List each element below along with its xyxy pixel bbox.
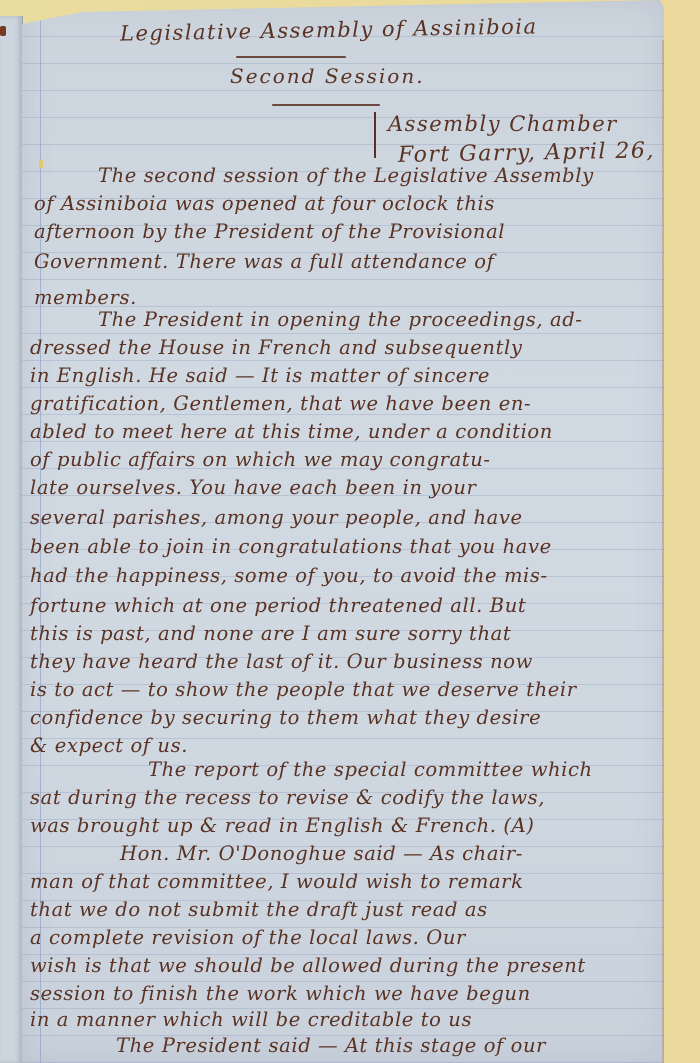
manuscript-line: wish is that we should be allowed during… [30, 954, 586, 977]
session-heading: Second Session. [230, 64, 425, 88]
page-right-edge [662, 40, 664, 1063]
manuscript-line: dressed the House in French and subseque… [30, 336, 522, 359]
manuscript-line: fortune which at one period threatened a… [30, 594, 526, 617]
manuscript-line: sat during the recess to revise & codify… [30, 786, 545, 809]
manuscript-line: The second session of the Legislative As… [98, 164, 594, 187]
manuscript-line: man of that committee, I would wish to r… [30, 870, 524, 893]
manuscript-line: The President in opening the proceedings… [98, 308, 582, 331]
manuscript-line: & expect of us. [30, 734, 188, 757]
manuscript-line: The President said — At this stage of ou… [116, 1034, 546, 1057]
manuscript-line: this is past, and none are I am sure sor… [30, 622, 511, 645]
manuscript-line: afternoon by the President of the Provis… [34, 220, 505, 243]
manuscript-line: in a manner which will be creditable to … [30, 1008, 472, 1031]
margin-annotation-mark [39, 160, 43, 168]
subtitle-underline [272, 104, 380, 106]
manuscript-line: confidence by securing to them what they… [30, 706, 541, 729]
dateline-brace [374, 112, 379, 158]
manuscript-line: Hon. Mr. O'Donoghue said — As chair- [120, 842, 523, 865]
manuscript-line: of Assiniboia was opened at four oclock … [34, 192, 495, 215]
manuscript-line: abled to meet here at this time, under a… [30, 420, 553, 443]
manuscript-line: members. [34, 286, 137, 309]
manuscript-line: that we do not submit the draft just rea… [30, 898, 488, 921]
manuscript-line: is to act — to show the people that we d… [30, 678, 577, 701]
facing-page-edge [0, 16, 23, 1063]
place-heading: Assembly Chamber [388, 112, 618, 136]
manuscript-line: of public affairs on which we may congra… [30, 448, 491, 471]
manuscript-line: several parishes, among your people, and… [30, 506, 523, 529]
manuscript-line: late ourselves. You have each been in yo… [30, 476, 476, 499]
manuscript-line: they have heard the last of it. Our busi… [30, 650, 533, 673]
manuscript-line: The report of the special committee whic… [148, 758, 593, 781]
manuscript-line: Government. There was a full attendance … [34, 250, 494, 273]
manuscript-line: gratification, Gentlemen, that we have b… [30, 392, 531, 415]
title-underline [236, 56, 346, 58]
manuscript-line: session to finish the work which we have… [30, 982, 531, 1005]
manuscript-line: was brought up & read in English & Frenc… [30, 814, 534, 837]
manuscript-line: a complete revision of the local laws. O… [30, 926, 466, 949]
manuscript-page: Legislative Assembly of Assiniboia Secon… [22, 0, 664, 1063]
binding-mark [0, 26, 6, 36]
manuscript-line: been able to join in congratulations tha… [30, 535, 552, 558]
manuscript-line: had the happiness, some of you, to avoid… [30, 564, 548, 587]
manuscript-line: in English. He said — It is matter of si… [30, 364, 490, 387]
